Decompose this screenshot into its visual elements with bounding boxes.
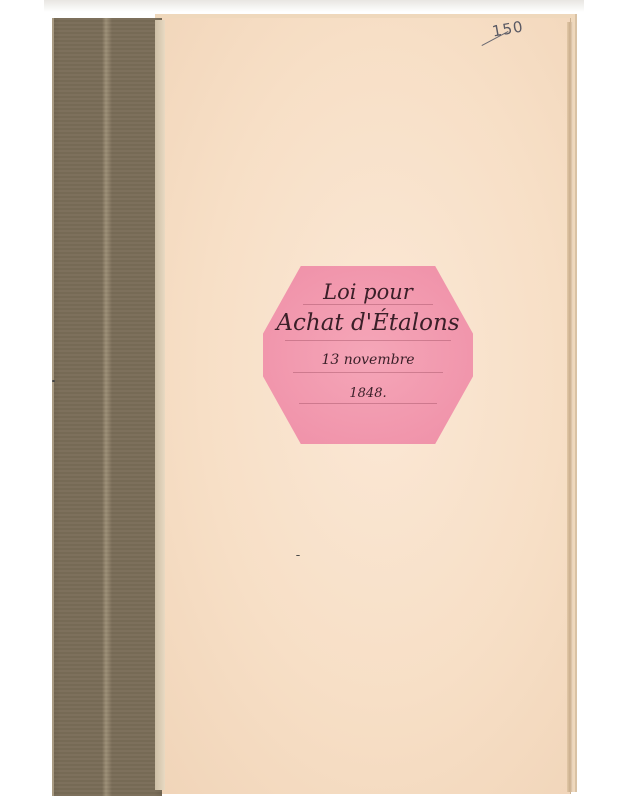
label-year: 1848. bbox=[263, 386, 473, 401]
label-rule bbox=[293, 372, 443, 373]
scan-speck bbox=[296, 555, 300, 556]
label-title-line1: Loi pour bbox=[263, 280, 473, 304]
scan-shadow bbox=[44, 0, 584, 12]
cover-edge bbox=[567, 22, 573, 792]
spine-texture bbox=[54, 18, 162, 796]
label-rule bbox=[299, 403, 437, 404]
label-title-line2: Achat d'Étalons bbox=[263, 310, 473, 336]
label-rule bbox=[285, 340, 451, 341]
spine-edge bbox=[155, 20, 165, 790]
scan-speck bbox=[52, 380, 55, 382]
label-date: 13 novembre bbox=[263, 352, 473, 368]
label-rule bbox=[303, 304, 433, 305]
cloth-spine bbox=[52, 18, 162, 796]
title-label: Loi pour Achat d'Étalons 13 novembre 184… bbox=[263, 266, 473, 444]
